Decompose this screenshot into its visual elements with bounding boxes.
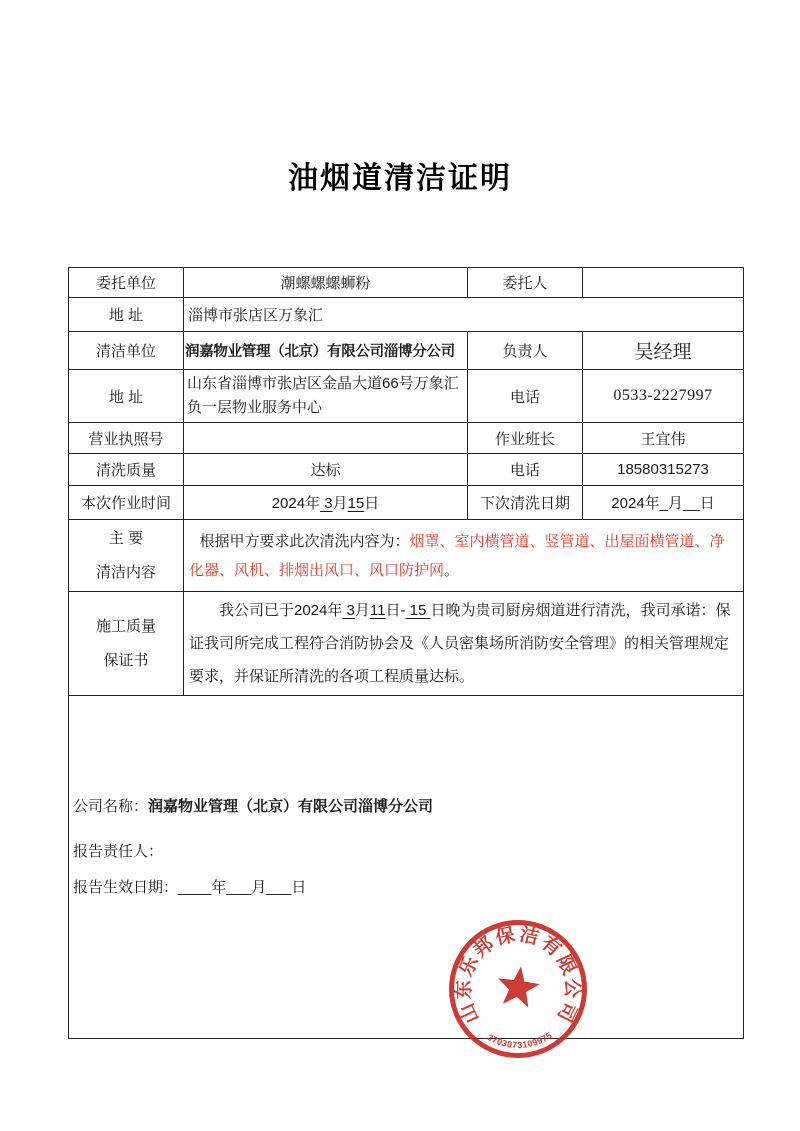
value-quality-guarantee: 我公司已于2024年 3月11日- 15 日晚为贵司厨房烟道进行清洗，我司承诺：… [184,592,744,696]
value-address-2: 山东省淄博市张店区金晶大道66号万象汇负一层物业服务中心 [184,370,468,423]
label-address-2: 地 址 [69,370,184,423]
value-business-license [184,423,468,454]
value-client [583,268,744,298]
footer-block: 公司名称：润嘉物业管理（北京）有限公司淄博分公司 报告责任人： 报告生效日期：_… [73,796,743,899]
row-cleaning-quality: 清洗质量 达标 电话 18580315273 [69,454,744,486]
value-cleaning-quality: 达标 [184,454,468,486]
value-foreman: 王宜伟 [583,423,744,454]
value-work-date: 2024年 3月15日 [184,486,468,520]
row-business-license: 营业执照号 作业班长 王宜伟 [69,423,744,454]
document-page: 油烟道清洁证明 委托单位 潮螺螺螺蛳粉 委托人 地 址 淄博市张店区万象汇 清洁… [0,0,800,1131]
label-next-cleaning-date: 下次清洗日期 [468,486,583,520]
label-cleaning-unit: 清洁单位 [69,332,184,370]
value-phone-2: 18580315273 [583,454,744,486]
label-phone-2: 电话 [468,454,583,486]
row-quality-guarantee: 施工质量 保证书 我公司已于2024年 3月11日- 15 日晚为贵司厨房烟道进… [69,592,744,696]
row-main-content: 主 要 清洁内容 根据甲方要求此次清洗内容为：烟罩、室内横管道、竖管道、出屋面横… [69,520,744,592]
page-title: 油烟道清洁证明 [0,153,800,197]
label-entrusting-unit: 委托单位 [69,268,184,298]
label-business-license: 营业执照号 [69,423,184,454]
label-phone-1: 电话 [468,370,583,423]
footer-effective-date-line: 报告生效日期：____年___月___日 [73,877,743,899]
label-client: 委托人 [468,268,583,298]
row-work-date: 本次作业时间 2024年 3月15日 下次清洗日期 2024年_月__日 [69,486,744,520]
label-address-1: 地 址 [69,298,184,332]
label-main-content: 主 要 清洁内容 [69,520,184,592]
value-address-1: 淄博市张店区万象汇 [184,298,744,332]
footer-company-line: 公司名称：润嘉物业管理（北京）有限公司淄博分公司 [73,796,743,818]
row-entrusting-unit: 委托单位 潮螺螺螺蛳粉 委托人 [69,268,744,298]
row-client-address: 地 址 淄博市张店区万象汇 [69,298,744,332]
value-entrusting-unit: 潮螺螺螺蛳粉 [184,268,468,298]
row-cleaner-address: 地 址 山东省淄博市张店区金晶大道66号万象汇负一层物业服务中心 电话 0533… [69,370,744,423]
label-person-in-charge: 负责人 [468,332,583,370]
label-foreman: 作业班长 [468,423,583,454]
signature-cell: 公司名称：润嘉物业管理（北京）有限公司淄博分公司 报告责任人： 报告生效日期：_… [69,696,744,1039]
label-work-date: 本次作业时间 [69,486,184,520]
value-main-content: 根据甲方要求此次清洗内容为：烟罩、室内横管道、竖管道、出屋面横管道、净化器、风机… [184,520,744,592]
label-cleaning-quality: 清洗质量 [69,454,184,486]
row-cleaning-unit: 清洁单位 润嘉物业管理（北京）有限公司淄博分公司 负责人 吴经理 [69,332,744,370]
value-cleaning-unit: 润嘉物业管理（北京）有限公司淄博分公司 [184,332,468,370]
value-phone-1: 0533-2227997 [583,370,744,423]
row-signature-area: 公司名称：润嘉物业管理（北京）有限公司淄博分公司 报告责任人： 报告生效日期：_… [69,696,744,1039]
label-quality-guarantee: 施工质量 保证书 [69,592,184,696]
value-next-cleaning-date: 2024年_月__日 [583,486,744,520]
certificate-table: 委托单位 潮螺螺螺蛳粉 委托人 地 址 淄博市张店区万象汇 清洁单位 润嘉物业管… [68,267,744,1039]
footer-responsible-line: 报告责任人： [73,841,743,863]
value-person-in-charge: 吴经理 [583,332,744,370]
